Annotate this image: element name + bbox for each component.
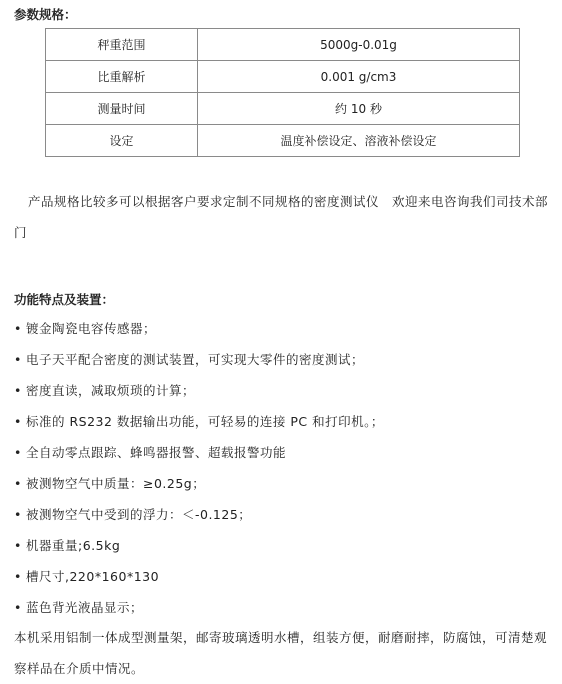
list-item: •蓝色背光液晶显示； (14, 592, 384, 623)
spec-label: 测量时间 (46, 93, 198, 125)
spec-value: 5000g-0.01g (198, 29, 520, 61)
feature-text: 密度直读，减取烦琐的计算； (26, 383, 195, 398)
bullet-icon: • (14, 344, 26, 375)
bullet-icon: • (14, 592, 26, 623)
feature-text: 被测物空气中受到的浮力：＜-0.125； (26, 507, 251, 522)
feature-text: 槽尺寸,220*160*130 (26, 569, 159, 584)
bullet-icon: • (14, 313, 26, 344)
feature-text: 镀金陶瓷电容传感器； (26, 321, 156, 336)
closing-paragraph: 本机采用铝制一体成型测量架，邮寄玻璃透明水槽，组装方便，耐磨耐摔，防腐蚀，可清楚… (14, 622, 554, 684)
spec-label: 秤重范围 (46, 29, 198, 61)
list-item: •全自动零点跟踪、蜂鸣器报警、超载报警功能 (14, 437, 384, 468)
spec-heading: 参数规格： (14, 5, 77, 23)
feature-text: 标准的 RS232 数据输出功能，可轻易的连接 PC 和打印机。； (26, 414, 384, 429)
list-item: •被测物空气中受到的浮力：＜-0.125； (14, 499, 384, 530)
feature-text: 电子天平配合密度的测试装置，可实现大零件的密度测试； (26, 352, 364, 367)
table-row: 测量时间 约 10 秒 (46, 93, 520, 125)
spec-label: 设定 (46, 125, 198, 157)
bullet-icon: • (14, 375, 26, 406)
list-item: •镀金陶瓷电容传感器； (14, 313, 384, 344)
spec-value: 0.001 g/cm3 (198, 61, 520, 93)
bullet-icon: • (14, 499, 26, 530)
table-row: 秤重范围 5000g-0.01g (46, 29, 520, 61)
list-item: •被测物空气中质量：≥0.25g； (14, 468, 384, 499)
feature-text: 蓝色背光液晶显示； (26, 600, 143, 615)
table-row: 设定 温度补偿设定、溶液补偿设定 (46, 125, 520, 157)
table-row: 比重解析 0.001 g/cm3 (46, 61, 520, 93)
spec-value: 温度补偿设定、溶液补偿设定 (198, 125, 520, 157)
feature-text: 全自动零点跟踪、蜂鸣器报警、超载报警功能 (26, 445, 286, 460)
bullet-icon: • (14, 468, 26, 499)
bullet-icon: • (14, 530, 26, 561)
bullet-icon: • (14, 561, 26, 592)
feature-list: •镀金陶瓷电容传感器； •电子天平配合密度的测试装置，可实现大零件的密度测试； … (14, 313, 384, 623)
list-item: •密度直读，减取烦琐的计算； (14, 375, 384, 406)
list-item: •标准的 RS232 数据输出功能，可轻易的连接 PC 和打印机。； (14, 406, 384, 437)
spec-label: 比重解析 (46, 61, 198, 93)
feature-text: 被测物空气中质量：≥0.25g； (26, 476, 205, 491)
bullet-icon: • (14, 406, 26, 437)
list-item: •槽尺寸,220*160*130 (14, 561, 384, 592)
feature-text: 机器重量;6.5kg (26, 538, 120, 553)
list-item: •电子天平配合密度的测试装置，可实现大零件的密度测试； (14, 344, 384, 375)
list-item: •机器重量;6.5kg (14, 530, 384, 561)
intro-paragraph: 产品规格比较多可以根据客户要求定制不同规格的密度测试仪 欢迎来电咨询我们司技术部… (14, 186, 554, 248)
bullet-icon: • (14, 437, 26, 468)
features-heading: 功能特点及装置： (14, 290, 114, 308)
spec-table: 秤重范围 5000g-0.01g 比重解析 0.001 g/cm3 测量时间 约… (45, 28, 520, 157)
spec-value: 约 10 秒 (198, 93, 520, 125)
